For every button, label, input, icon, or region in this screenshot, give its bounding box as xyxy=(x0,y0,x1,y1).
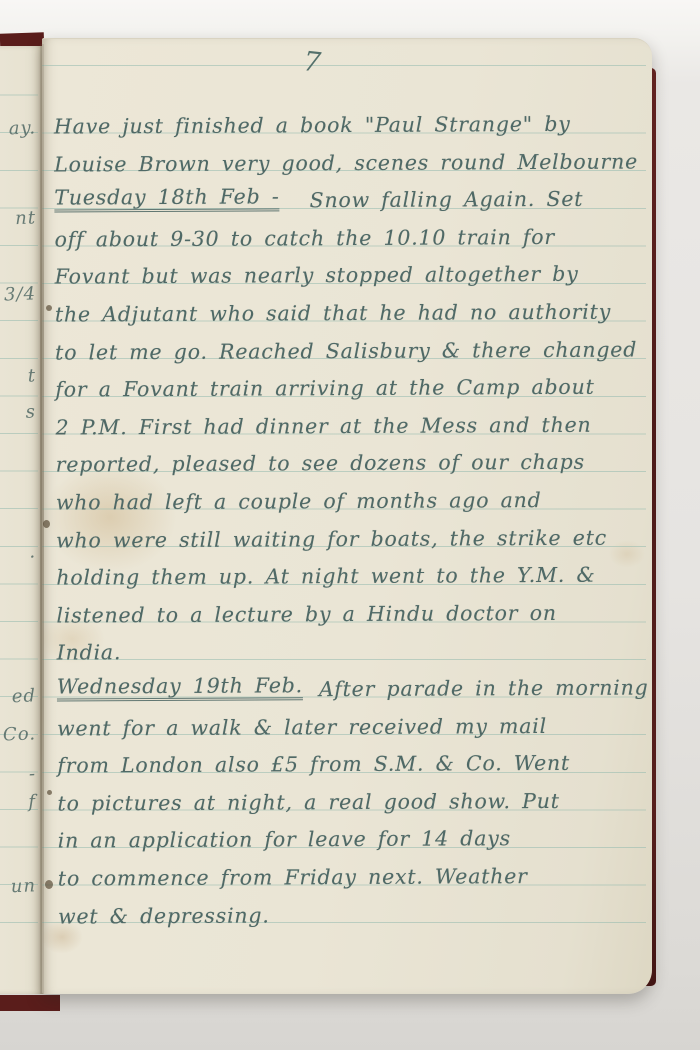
diary-line-text: 2 P.M. First had dinner at the Mess and … xyxy=(55,415,591,438)
diary-entry-lines: Have just finished a book "Paul Strange"… xyxy=(54,101,644,931)
entry-date: Tuesday 18th Feb - xyxy=(54,187,279,213)
gutter-crease xyxy=(40,44,44,994)
diary-line: who had left a couple of months ago and xyxy=(56,477,642,518)
diary-line: to let me go. Reached Salisbury & there … xyxy=(55,327,641,368)
previous-page-text-fragment: ed xyxy=(0,685,36,707)
diary-line-text: who had left a couple of months ago and xyxy=(56,490,542,513)
diary-line-text: off about 9-30 to catch the 10.10 train … xyxy=(54,227,555,250)
diary-line-text: India. xyxy=(57,643,122,664)
diary-line-text: to pictures at night, a real good show. … xyxy=(57,791,559,814)
diary-line-text: listened to a lecture by a Hindu doctor … xyxy=(56,603,556,626)
diary-line: wet & depressing. xyxy=(58,891,644,932)
diary-line-text: the Adjutant who said that he had no aut… xyxy=(55,302,611,325)
diary-line-text: went for a walk & later received my mail xyxy=(57,716,547,739)
ink-speck xyxy=(43,520,50,528)
previous-page-edge: ay.nt3/4ts.edCo.-fun xyxy=(0,46,44,994)
diary-line: 2 P.M. First had dinner at the Mess and … xyxy=(55,402,641,443)
diary-line: to pictures at night, a real good show. … xyxy=(57,778,643,819)
diary-line-text: Louise Brown very good, scenes round Mel… xyxy=(54,151,638,175)
previous-page-text-fragment: t xyxy=(0,365,36,387)
diary-photo-scene: ay.nt3/4ts.edCo.-fun 7 Have just finishe… xyxy=(0,0,700,1050)
diary-line: to commence from Friday next. Weather xyxy=(58,853,644,894)
previous-page-text-fragment: s xyxy=(0,401,36,423)
notebook-page: 7 Have just finished a book "Paul Strang… xyxy=(42,38,652,994)
page-number: 7 xyxy=(281,44,344,81)
diary-line-text: reported, pleased to see dozens of our c… xyxy=(56,452,585,475)
entry-date: Wednesday 19th Feb. xyxy=(57,675,303,701)
diary-line: India. xyxy=(57,628,643,669)
diary-line: holding them up. At night went to the Y.… xyxy=(56,553,642,594)
diary-line-text: Have just finished a book "Paul Strange"… xyxy=(54,114,571,137)
previous-page-text-fragment: un xyxy=(0,875,36,897)
previous-page-text-fragment: f xyxy=(0,791,36,813)
diary-line: Wednesday 19th Feb.After parade in the m… xyxy=(57,665,643,706)
diary-line: Fovant but was nearly stopped altogether… xyxy=(55,252,641,293)
diary-line-text: in an application for leave for 14 days xyxy=(58,829,511,852)
diary-line: who were still waiting for boats, the st… xyxy=(56,515,642,556)
diary-line: off about 9-30 to catch the 10.10 train … xyxy=(54,214,640,255)
ink-speck xyxy=(45,880,53,889)
previous-page-text-fragment: ay. xyxy=(0,117,36,139)
previous-page-text-fragment: - xyxy=(0,763,36,785)
previous-page-text-fragment: Co. xyxy=(0,723,36,745)
diary-line: in an application for leave for 14 days xyxy=(58,816,644,857)
diary-line-text: wet & depressing. xyxy=(58,905,270,927)
diary-line: from London also £5 from S.M. & Co. Went xyxy=(57,741,643,782)
previous-page-text-fragment: nt xyxy=(0,207,36,229)
notebook-cover-edge-bottom-left xyxy=(0,995,60,1011)
diary-line: reported, pleased to see dozens of our c… xyxy=(56,440,642,481)
diary-line-text: for a Fovant train arriving at the Camp … xyxy=(55,377,594,400)
diary-line-text: After parade in the morning xyxy=(319,677,649,699)
diary-line: Have just finished a book "Paul Strange"… xyxy=(54,101,640,142)
diary-line: Louise Brown very good, scenes round Mel… xyxy=(54,139,640,180)
diary-line-text: to commence from Friday next. Weather xyxy=(58,866,528,889)
diary-line: listened to a lecture by a Hindu doctor … xyxy=(56,590,642,631)
diary-line: went for a walk & later received my mail xyxy=(57,703,643,744)
diary-line: Tuesday 18th Feb -Snow falling Again. Se… xyxy=(54,177,640,218)
diary-line-text: from London also £5 from S.M. & Co. Went xyxy=(57,753,570,776)
diary-line-text: who were still waiting for boats, the st… xyxy=(56,527,607,550)
ink-speck xyxy=(46,305,52,311)
previous-page-text-fragment: 3/4 xyxy=(0,283,36,305)
diary-line: the Adjutant who said that he had no aut… xyxy=(55,289,641,330)
diary-line-text: holding them up. At night went to the Y.… xyxy=(56,565,595,588)
diary-line-text: Fovant but was nearly stopped altogether… xyxy=(55,264,579,287)
previous-page-text-fragment: . xyxy=(0,541,36,563)
diary-line-text: Snow falling Again. Set xyxy=(310,189,584,211)
diary-line-text: to let me go. Reached Salisbury & there … xyxy=(55,339,637,363)
diary-line: for a Fovant train arriving at the Camp … xyxy=(55,365,641,406)
ink-speck xyxy=(47,790,52,795)
